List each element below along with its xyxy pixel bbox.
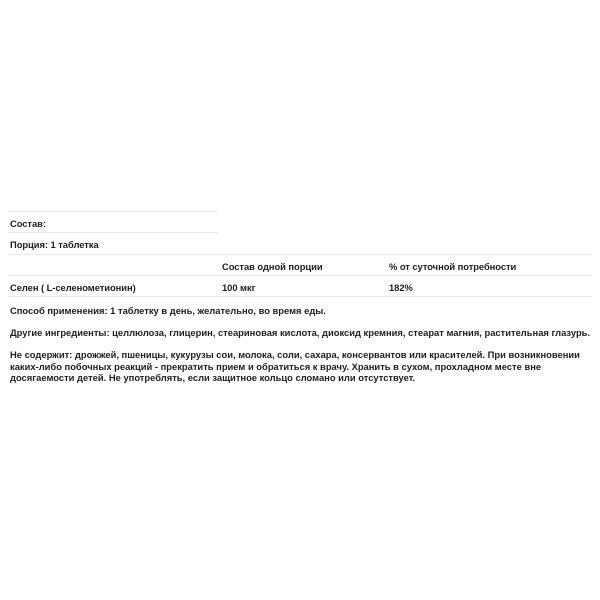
- ingredient-name: Селен ( L-селенометионин): [10, 282, 136, 293]
- warnings: Не содержит: дрожжей, пшеницы, кукурузы …: [10, 349, 595, 384]
- serving-size: Порция: 1 таблетка: [10, 239, 99, 250]
- column-header-amount: Состав одной порции: [222, 261, 323, 272]
- divider: [8, 254, 592, 255]
- divider: [8, 211, 218, 212]
- ingredient-amount: 100 мкг: [222, 282, 255, 293]
- divider: [8, 275, 592, 276]
- composition-heading: Состав:: [10, 218, 46, 229]
- usage-instructions: Способ применения: 1 таблетку в день, же…: [10, 305, 595, 317]
- ingredient-daily-value: 182%: [389, 282, 413, 293]
- divider: [8, 232, 218, 233]
- column-header-daily-value: % от суточной потребности: [389, 261, 516, 272]
- other-ingredients: Другие ингредиенты: целлюлоза, глицерин,…: [10, 327, 595, 339]
- divider: [8, 296, 592, 297]
